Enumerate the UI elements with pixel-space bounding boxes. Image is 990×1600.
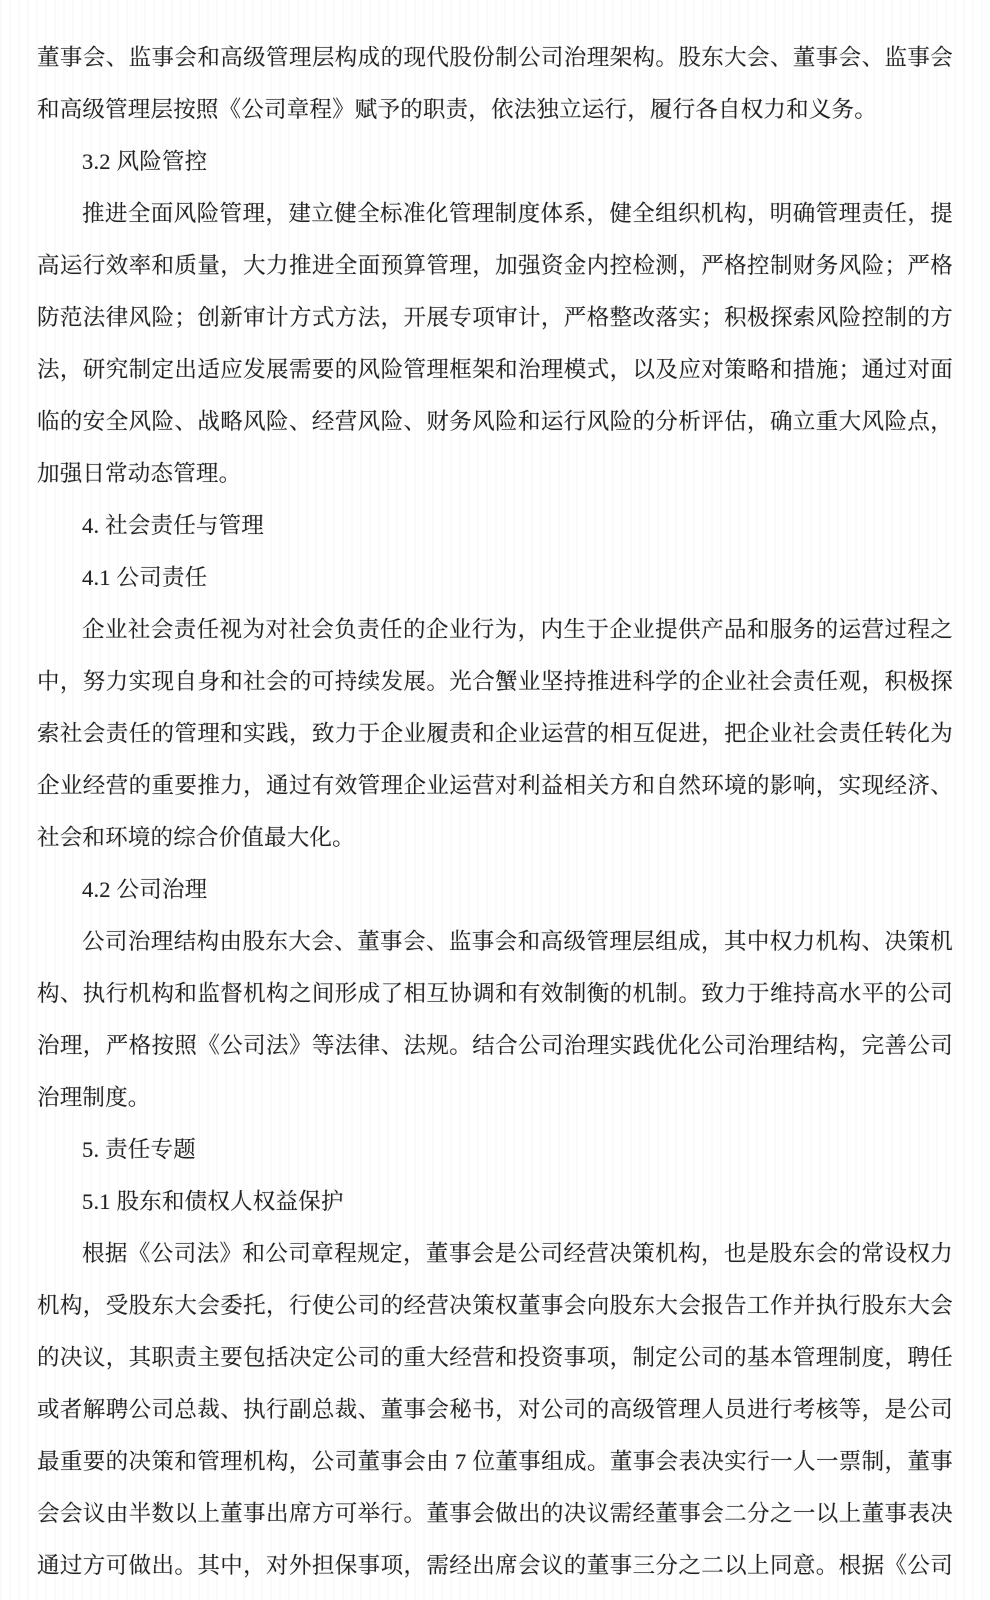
text-line: 企业经营的重要推力，通过有效管理企业运营对利益相关方和自然环境的影响，实现经济、 <box>37 760 953 812</box>
text-line: 公司治理结构由股东大会、董事会、监事会和高级管理层组成，其中权力机构、决策机 <box>37 916 953 968</box>
text-line: 临的安全风险、战略风险、经营风险、财务风险和运行风险的分析评估，确立重大风险点， <box>37 396 953 448</box>
section-heading: 4.2 公司治理 <box>37 864 953 916</box>
text-line: 法，研究制定出适应发展需要的风险管理框架和治理模式，以及应对策略和措施；通过对面 <box>37 344 953 396</box>
section-heading: 5. 责任专题 <box>37 1124 953 1176</box>
heading-line: 3.2 风险管控 <box>37 136 953 188</box>
text-line: 和高级管理层按照《公司章程》赋予的职责，依法独立运行，履行各自权力和义务。 <box>37 84 953 136</box>
text-line: 董事会、监事会和高级管理层构成的现代股份制公司治理架构。股东大会、董事会、监事会 <box>37 32 953 84</box>
paragraph: 公司治理结构由股东大会、董事会、监事会和高级管理层组成，其中权力机构、决策机构、… <box>37 916 953 1124</box>
document-body: 董事会、监事会和高级管理层构成的现代股份制公司治理架构。股东大会、董事会、监事会… <box>37 32 953 1592</box>
heading-line: 5. 责任专题 <box>37 1124 953 1176</box>
text-line: 构、执行机构和监督机构之间形成了相互协调和有效制衡的机制。致力于维持高水平的公司 <box>37 968 953 1020</box>
text-line: 社会和环境的综合价值最大化。 <box>37 812 953 864</box>
text-line: 最重要的决策和管理机构，公司董事会由 7 位董事组成。董事会表决实行一人一票制，… <box>37 1436 953 1488</box>
text-line: 企业社会责任视为对社会负责任的企业行为，内生于企业提供产品和服务的运营过程之 <box>37 604 953 656</box>
document-page: 董事会、监事会和高级管理层构成的现代股份制公司治理架构。股东大会、董事会、监事会… <box>0 0 990 1600</box>
text-line: 推进全面风险管理，建立健全标准化管理制度体系，健全组织机构，明确管理责任，提 <box>37 188 953 240</box>
text-line: 或者解聘公司总裁、执行副总裁、董事会秘书，对公司的高级管理人员进行考核等，是公司 <box>37 1384 953 1436</box>
section-heading: 4. 社会责任与管理 <box>37 500 953 552</box>
text-line: 的决议，其职责主要包括决定公司的重大经营和投资事项，制定公司的基本管理制度，聘任 <box>37 1332 953 1384</box>
text-line: 索社会责任的管理和实践，致力于企业履责和企业运营的相互促进，把企业社会责任转化为 <box>37 708 953 760</box>
paragraph: 推进全面风险管理，建立健全标准化管理制度体系，健全组织机构，明确管理责任，提高运… <box>37 188 953 500</box>
text-line: 治理制度。 <box>37 1072 953 1124</box>
text-line: 加强日常动态管理。 <box>37 448 953 500</box>
heading-line: 5.1 股东和债权人权益保护 <box>37 1176 953 1228</box>
paragraph: 董事会、监事会和高级管理层构成的现代股份制公司治理架构。股东大会、董事会、监事会… <box>37 32 953 136</box>
section-heading: 5.1 股东和债权人权益保护 <box>37 1176 953 1228</box>
section-heading: 3.2 风险管控 <box>37 136 953 188</box>
text-line: 机构，受股东大会委托，行使公司的经营决策权董事会向股东大会报告工作并执行股东大会 <box>37 1280 953 1332</box>
text-line: 根据《公司法》和公司章程规定，董事会是公司经营决策机构，也是股东会的常设权力 <box>37 1228 953 1280</box>
paragraph: 企业社会责任视为对社会负责任的企业行为，内生于企业提供产品和服务的运营过程之中，… <box>37 604 953 864</box>
text-line: 会会议由半数以上董事出席方可举行。董事会做出的决议需经董事会二分之一以上董事表决 <box>37 1488 953 1540</box>
heading-line: 4.1 公司责任 <box>37 552 953 604</box>
text-line: 通过方可做出。其中，对外担保事项，需经出席会议的董事三分之二以上同意。根据《公司 <box>37 1540 953 1592</box>
heading-line: 4. 社会责任与管理 <box>37 500 953 552</box>
text-line: 高运行效率和质量，大力推进全面预算管理，加强资金内控检测，严格控制财务风险；严格 <box>37 240 953 292</box>
text-line: 治理，严格按照《公司法》等法律、法规。结合公司治理实践优化公司治理结构，完善公司 <box>37 1020 953 1072</box>
text-line: 防范法律风险；创新审计方式方法，开展专项审计，严格整改落实；积极探索风险控制的方 <box>37 292 953 344</box>
text-line: 中，努力实现自身和社会的可持续发展。光合蟹业坚持推进科学的企业社会责任观，积极探 <box>37 656 953 708</box>
paragraph: 根据《公司法》和公司章程规定，董事会是公司经营决策机构，也是股东会的常设权力机构… <box>37 1228 953 1592</box>
section-heading: 4.1 公司责任 <box>37 552 953 604</box>
heading-line: 4.2 公司治理 <box>37 864 953 916</box>
